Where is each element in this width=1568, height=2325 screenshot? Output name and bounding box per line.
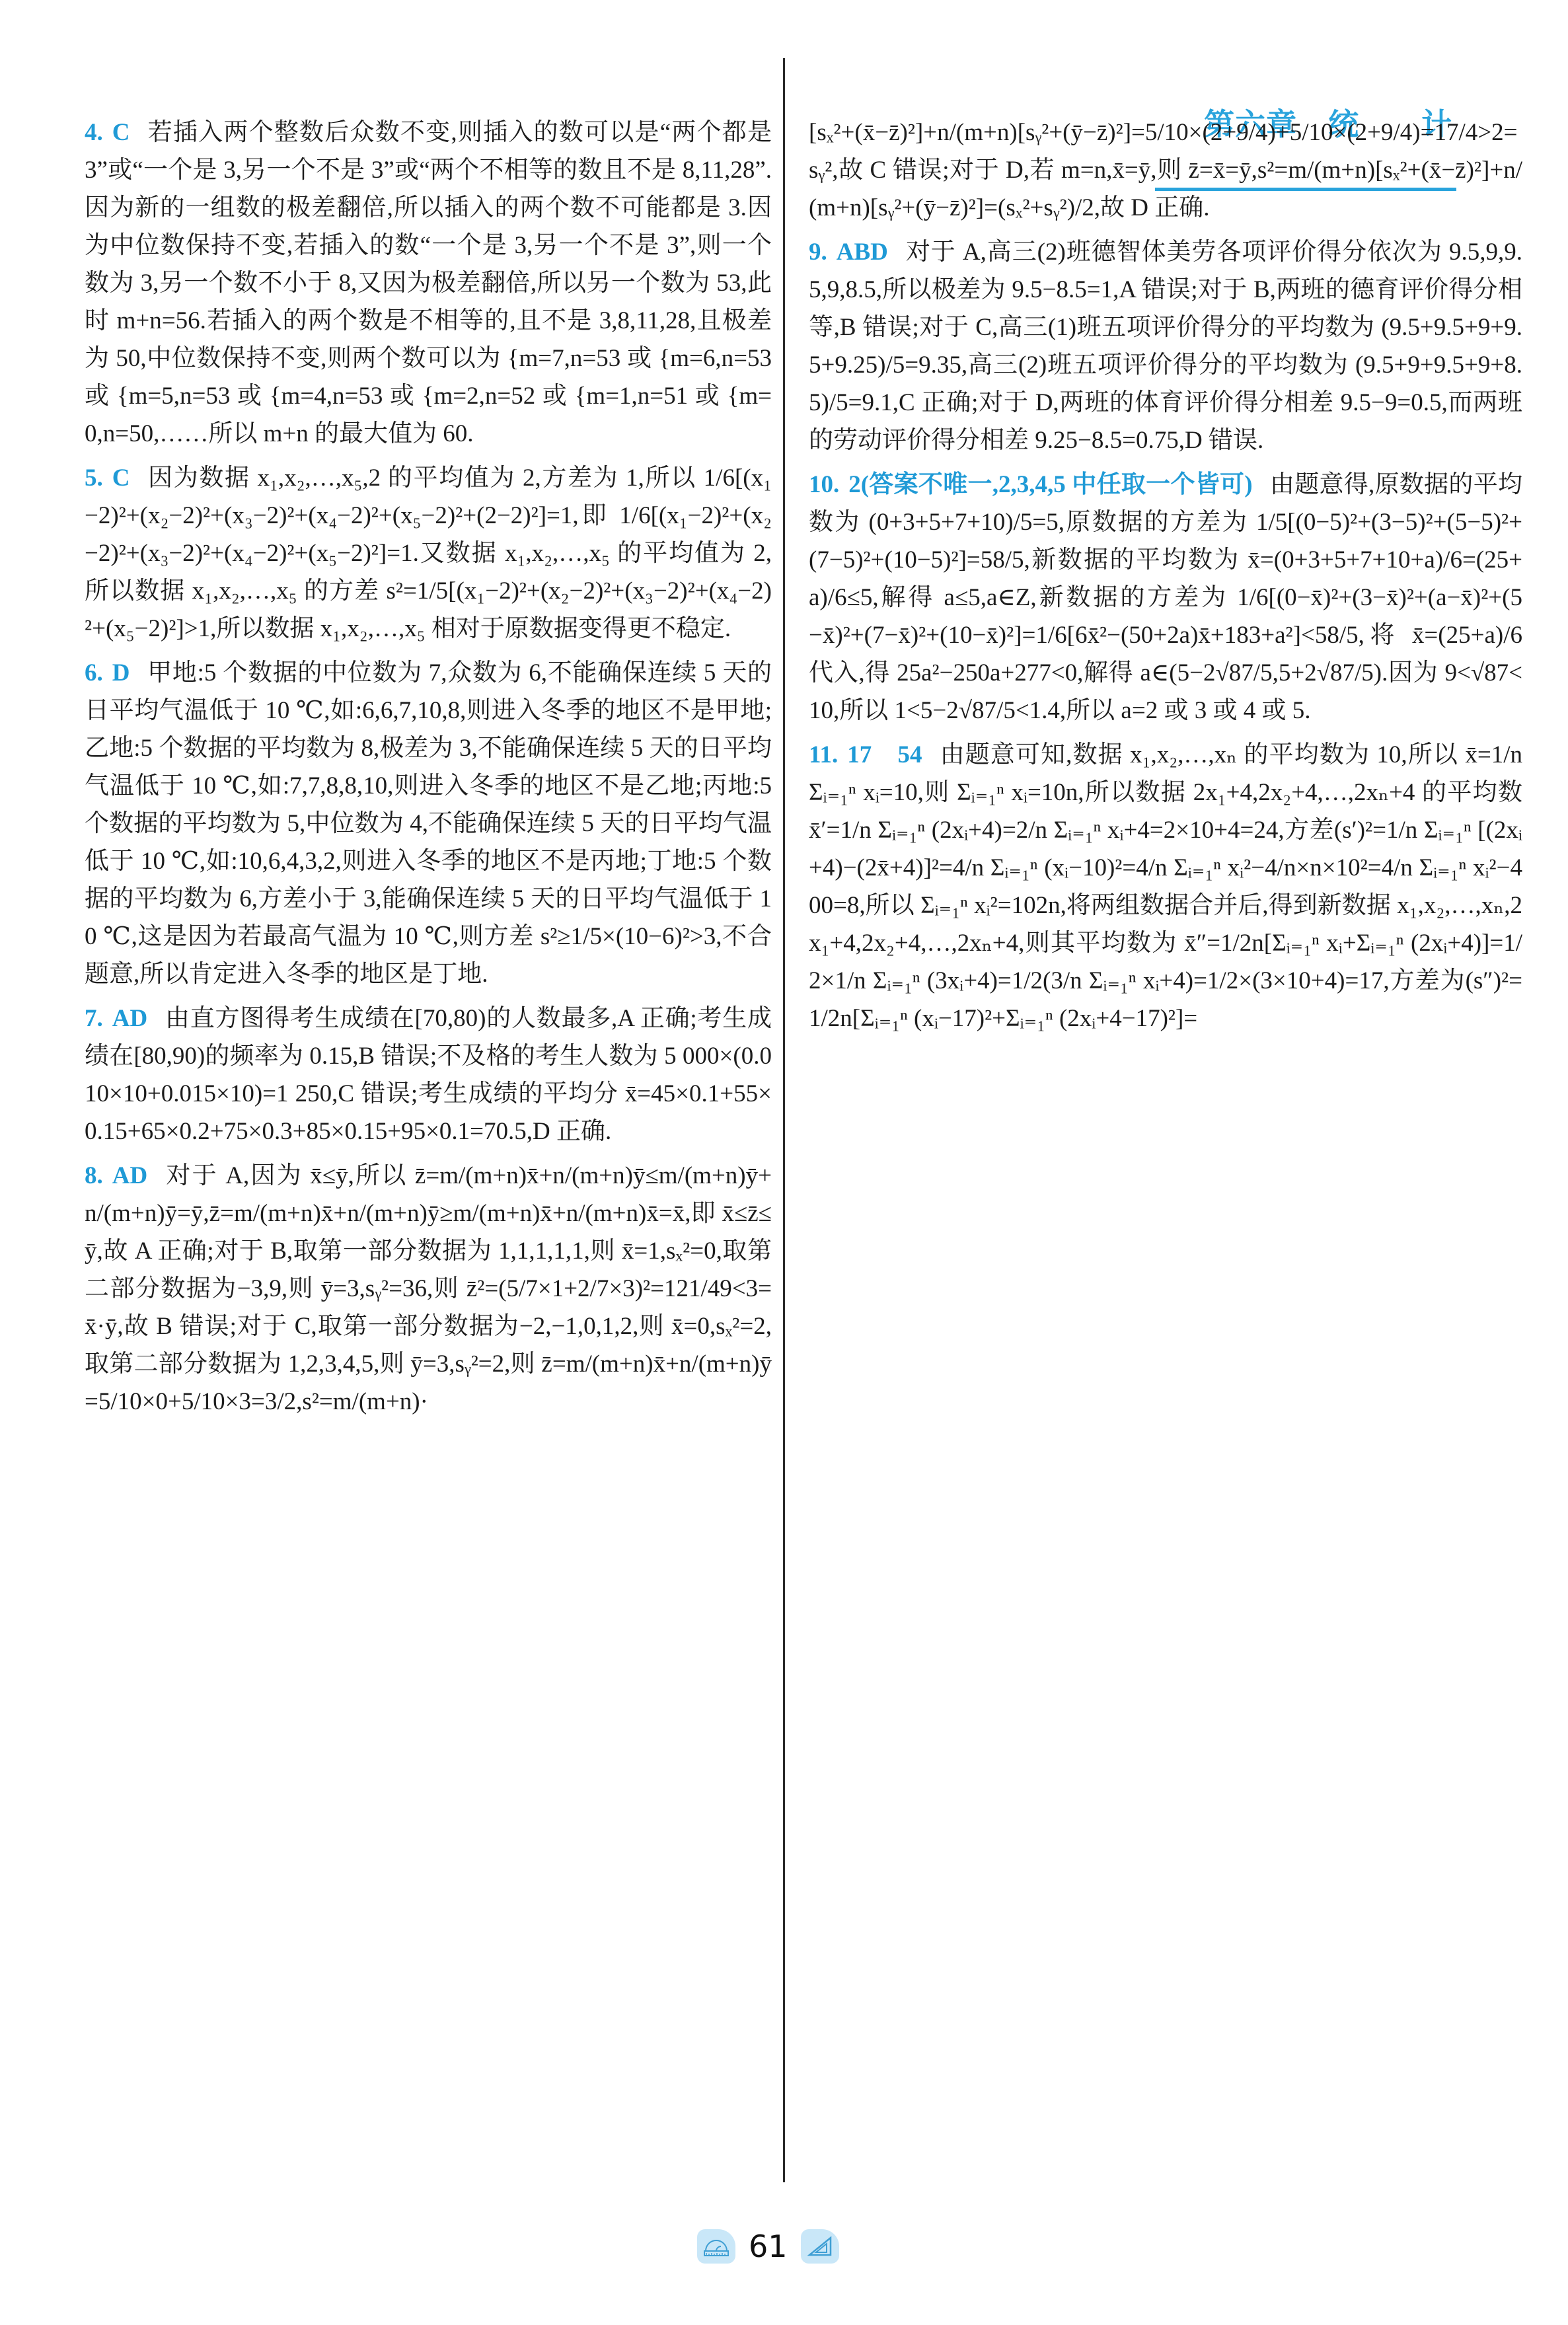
answer-item-8-continued: [sₓ²+(x̄−z̄)²]+n/(m+n)[sᵧ²+(ȳ−z̄)²]=5/10…	[809, 114, 1522, 227]
item-number: 10.	[809, 471, 839, 498]
item-solution: 由直方图得考生成绩在[70,80)的人数最多,A 正确;考生成绩在[80,90)…	[85, 1005, 772, 1145]
answer-item-6: 6.D甲地:5 个数据的中位数为 7,众数为 6,不能确保连续 5 天的日平均气…	[85, 654, 772, 993]
answer-item-9: 9.ABD对于 A,高三(2)班德智体美劳各项评价得分依次为 9.5,9,9.5…	[809, 233, 1522, 459]
item-number: 9.	[809, 239, 827, 266]
item-solution: 甲地:5 个数据的中位数为 7,众数为 6,不能确保连续 5 天的日平均气温低于…	[85, 659, 772, 988]
answer-item-7: 7.AD由直方图得考生成绩在[70,80)的人数最多,A 正确;考生成绩在[80…	[85, 1000, 772, 1150]
item-solution: 由题意可知,数据 x₁,x₂,…,xₙ 的平均数为 10,所以 x̄=1/n Σ…	[809, 741, 1522, 1032]
item-number: 7.	[85, 1005, 103, 1032]
item-solution: [sₓ²+(x̄−z̄)²]+n/(m+n)[sᵧ²+(ȳ−z̄)²]=5/10…	[809, 119, 1522, 221]
item-answer: 2(答案不唯一,2,3,4,5 中任取一个皆可)	[848, 471, 1252, 498]
column-divider	[783, 58, 785, 2182]
answer-item-5: 5.C因为数据 x₁,x₂,…,x₅,2 的平均值为 2,方差为 1,所以 1/…	[85, 459, 772, 647]
item-answer: C	[112, 464, 130, 492]
answer-item-10: 10.2(答案不唯一,2,3,4,5 中任取一个皆可)由题意得,原数据的平均数为…	[809, 466, 1522, 729]
page-number: 61	[749, 2229, 788, 2264]
item-answer: AD	[112, 1162, 147, 1189]
item-answer: 17 54	[847, 741, 922, 768]
item-answer: AD	[112, 1005, 147, 1032]
protractor-icon	[697, 2229, 735, 2264]
item-number: 5.	[85, 464, 103, 492]
textbook-answer-page: 第六章 统 计 4.C若插入两个整数后众数不变,则插入的数可以是“两个都是 3”…	[0, 0, 1568, 2325]
left-column: 4.C若插入两个整数后众数不变,则插入的数可以是“两个都是 3”或“一个是 3,…	[85, 114, 772, 2221]
item-solution: 因为数据 x₁,x₂,…,x₅,2 的平均值为 2,方差为 1,所以 1/6[(…	[85, 464, 772, 642]
item-number: 4.	[85, 119, 103, 146]
item-number: 11.	[809, 741, 838, 768]
page-footer: 61	[697, 2229, 839, 2264]
item-number: 6.	[85, 659, 103, 686]
right-column: [sₓ²+(x̄−z̄)²]+n/(m+n)[sᵧ²+(ȳ−z̄)²]=5/10…	[809, 114, 1522, 2221]
item-solution: 对于 A,高三(2)班德智体美劳各项评价得分依次为 9.5,9,9.5,9,8.…	[809, 239, 1522, 454]
item-solution: 对于 A,因为 x̄≤ȳ,所以 z̄=m/(m+n)x̄+n/(m+n)ȳ≤m/…	[85, 1162, 772, 1415]
item-answer: D	[112, 659, 130, 686]
item-answer: ABD	[837, 239, 888, 266]
item-number: 8.	[85, 1162, 103, 1189]
item-solution: 若插入两个整数后众数不变,则插入的数可以是“两个都是 3”或“一个是 3,另一个…	[85, 119, 772, 447]
item-answer: C	[112, 119, 130, 146]
item-solution: 由题意得,原数据的平均数为 (0+3+5+7+10)/5=5,原数据的方差为 1…	[809, 471, 1522, 724]
answer-item-8: 8.AD对于 A,因为 x̄≤ȳ,所以 z̄=m/(m+n)x̄+n/(m+n)…	[85, 1157, 772, 1421]
answer-item-11: 11.17 54由题意可知,数据 x₁,x₂,…,xₙ 的平均数为 10,所以 …	[809, 736, 1522, 1037]
set-square-icon	[801, 2229, 839, 2264]
answer-item-4: 4.C若插入两个整数后众数不变,则插入的数可以是“两个都是 3”或“一个是 3,…	[85, 114, 772, 453]
